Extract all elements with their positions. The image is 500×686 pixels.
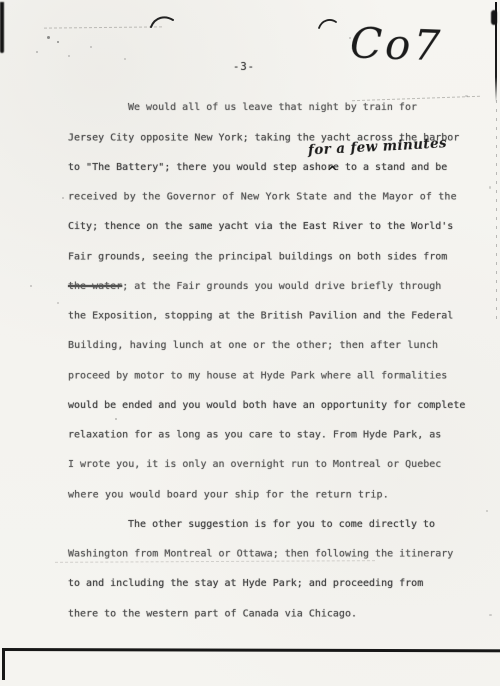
text-line: City; thence on the same yacht via the E… (68, 220, 476, 250)
handwritten-mark: Co7 (349, 18, 444, 70)
insertion-caret-icon: ^ (327, 165, 338, 183)
text-segment: there to the western part of Canada via … (68, 608, 357, 619)
pen-curl-mark (150, 14, 176, 30)
text-line: the water; at the Fair grounds you would… (68, 280, 476, 310)
text-line: Building, having lunch at one or the oth… (68, 339, 476, 369)
text-segment: City; thence on the same yacht via the E… (68, 221, 453, 232)
scan-edge-artifact-left (0, 2, 4, 53)
scan-edge-artifact-right-faint (496, 100, 497, 320)
text-line: relaxation for as long as you care to st… (68, 429, 476, 459)
scan-faint-line (44, 26, 162, 28)
text-segment: relaxation for as long as you care to st… (68, 430, 441, 441)
text-line: We would all of us leave that night by t… (68, 101, 476, 131)
text-segment: Fair grounds, seeing the principal build… (68, 251, 447, 262)
text-segment: Building, having lunch at one or the oth… (68, 340, 438, 351)
scan-frame-left-bar (2, 649, 5, 680)
text-segment: received by the Governor of New York Sta… (68, 192, 457, 203)
text-line: to and including the stay at Hyde Park; … (68, 577, 476, 607)
text-segment: would be ended and you would both have a… (68, 400, 465, 411)
pen-curl-mark (317, 17, 339, 31)
struck-text: the water (68, 281, 122, 292)
scanned-letter-page: Co7 -3- We would all of us leave that ni… (0, 0, 500, 686)
text-line: where you would board your ship for the … (68, 488, 476, 518)
text-line: The other suggestion is for you to come … (68, 518, 476, 548)
text-line: Fair grounds, seeing the principal build… (68, 250, 476, 280)
scan-frame-bottom-line (2, 648, 500, 652)
text-line: received by the Governor of New York Sta… (68, 191, 476, 221)
text-segment: to "The Battery"; there you would step a… (68, 162, 447, 173)
text-line: Washington from Montreal or Ottawa; then… (68, 548, 476, 578)
document-body: We would all of us leave that night by t… (68, 101, 476, 637)
text-line: the Exposition, stopping at the British … (68, 310, 476, 340)
text-segment: the Exposition, stopping at the British … (68, 311, 453, 322)
text-line: proceed by motor to my house at Hyde Par… (68, 369, 476, 399)
text-segment: where you would board your ship for the … (68, 489, 389, 500)
page-number: -3- (233, 61, 255, 73)
text-line: I wrote you, it is only an overnight run… (68, 458, 476, 488)
text-segment: I wrote you, it is only an overnight run… (68, 459, 441, 470)
text-segment: proceed by motor to my house at Hyde Par… (68, 370, 447, 381)
text-segment: ; at the Fair grounds you would drive br… (122, 281, 441, 292)
text-line: there to the western part of Canada via … (68, 607, 476, 637)
text-segment: The other suggestion is for you to come … (128, 519, 435, 530)
text-line: would be ended and you would both have a… (68, 399, 476, 429)
scan-edge-artifact-right (495, 2, 497, 102)
text-line: to "The Battery"; there you would step a… (68, 161, 476, 191)
text-segment: to and including the stay at Hyde Park; … (68, 578, 423, 589)
text-segment: We would all of us leave that night by t… (128, 102, 417, 113)
text-segment: Washington from Montreal or Ottawa; then… (68, 549, 453, 560)
